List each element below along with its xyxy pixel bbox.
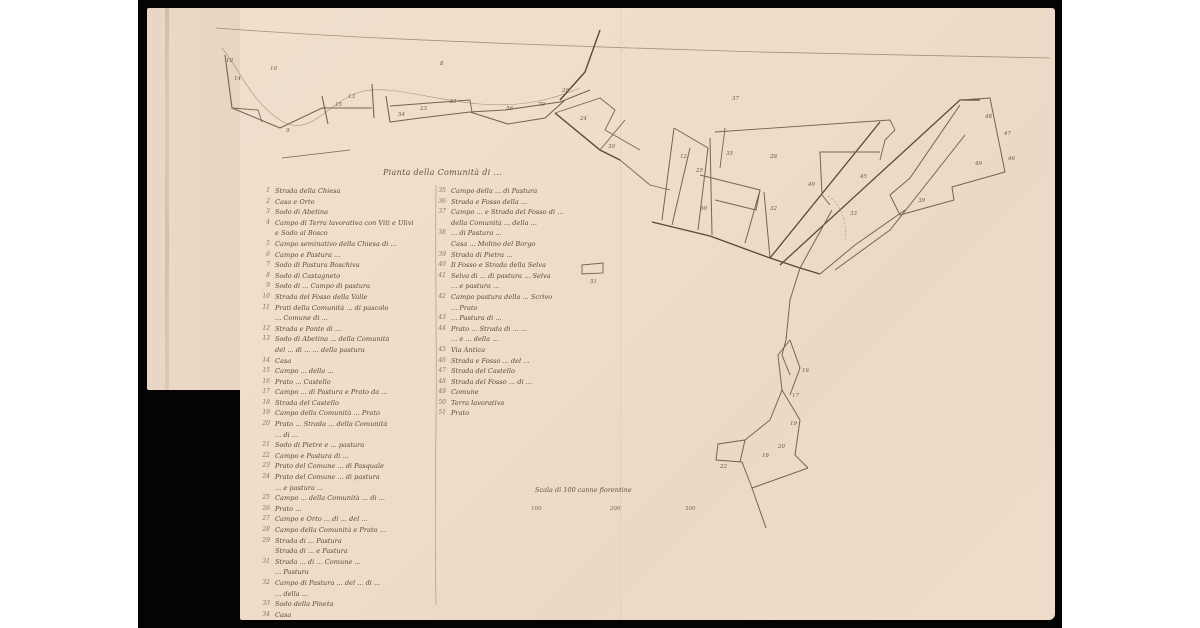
scale-tick: 300 <box>685 506 696 512</box>
legend-entry: 28Campo della Comunità e Prato ... <box>254 525 414 536</box>
legend-entry-number: 27 <box>254 514 275 525</box>
legend-entry: Strada di ... e Pastura <box>254 546 414 557</box>
legend-entry: 39Strada di Pietra ... <box>430 250 563 261</box>
legend-entry-text: Campo e Orto ... di ... del ... <box>275 514 368 525</box>
legend-entry-number <box>430 334 451 345</box>
legend-entry-number: 26 <box>254 504 275 515</box>
legend-entry-text: Strada ... di ... Comune ... <box>275 557 361 568</box>
legend-entry-number: 29 <box>254 536 275 547</box>
legend-entry: 45Via Antica <box>430 345 563 356</box>
legend-entry-text: Campo pastura della ... Scrivo <box>451 292 552 303</box>
legend-entry-number: 15 <box>254 366 275 377</box>
legend-entry-text: Sodo di ... Campo di pastura <box>275 281 370 292</box>
legend-entry-text: Comune <box>451 387 479 398</box>
legend-entry-text: Campo della Comunità e Prato ... <box>275 525 386 536</box>
legend-entry: ... e pastura ... <box>430 281 563 292</box>
legend-entry: ... Comune di ... <box>254 313 414 324</box>
legend-entry-text: Sodo di Abetina ... della Comunità <box>275 334 389 345</box>
legend-entry-number <box>254 430 275 441</box>
legend-entry-number <box>254 228 275 239</box>
legend-entry-text: Campo ... e Strada del Fosso di ... <box>451 207 563 218</box>
legend-entry-text: ... e ... della ... <box>451 334 498 345</box>
legend-entry-number: 32 <box>254 578 275 589</box>
legend-entry-text: Sodo della Pineta <box>275 599 333 610</box>
legend-entry-text: ... di Pastura ... <box>451 228 502 239</box>
legend-entry-text: Campo della ... di Pastura <box>451 186 537 197</box>
legend-entry: 49Comune <box>430 387 563 398</box>
legend-entry: 48Strada del Fosso ... di ... <box>430 377 563 388</box>
legend-entry: 22Campo e Pastura di ... <box>254 451 414 462</box>
legend-entry-number: 20 <box>254 419 275 430</box>
legend-entry-number: 34 <box>254 610 275 621</box>
legend-entry-text: Campo ... della Comunità ... di ... <box>275 493 385 504</box>
legend-entry-text: Strada di Pietra ... <box>451 250 513 261</box>
legend-entry: 2Casa e Orto <box>254 197 414 208</box>
legend-entry-text: Campo seminativo della Chiesa di ... <box>275 239 397 250</box>
legend-entry: 11Prati della Comunità ... di pascolo <box>254 303 414 314</box>
legend-entry-number: 42 <box>430 292 451 303</box>
legend-entry-text: Terra lavorativa <box>451 398 504 409</box>
scale-tick: 200 <box>610 506 621 512</box>
legend-entry-number: 12 <box>254 324 275 335</box>
legend-entry-number: 10 <box>254 292 275 303</box>
legend-entry-text: Strada del Castello <box>451 366 515 377</box>
legend-entry: 44Prato ... Strada di ... ... <box>430 324 563 335</box>
legend-entry-number <box>254 567 275 578</box>
legend-entry-number <box>254 313 275 324</box>
legend-entry: 10Strada del Fosso della Valle <box>254 292 414 303</box>
scale-tick: 100 <box>531 506 542 512</box>
legend-entry-text: Strada e Fosso della ... <box>451 197 527 208</box>
legend-entry-text: ... di ... <box>275 430 298 441</box>
legend-entry-text: ... Prato <box>451 303 478 314</box>
legend-entry: 26Prato ... <box>254 504 414 515</box>
legend-entry-text: Prato del Comune ... di Pasquale <box>275 461 384 472</box>
legend-entry-text: Campo e Pastura di ... <box>275 451 349 462</box>
legend-entry: 15Campo ... della ... <box>254 366 414 377</box>
legend-entry: e Sodo al Bosco <box>254 228 414 239</box>
legend-entry-text: Casa ... Molino del Borgo <box>451 239 536 250</box>
legend-entry-text: Strada della Chiesa <box>275 186 340 197</box>
legend-entry-text: Strada di ... e Pastura <box>275 546 348 557</box>
legend-entry: 37Campo ... e Strada del Fosso di ... <box>430 207 563 218</box>
legend-entry-number: 24 <box>254 472 275 483</box>
legend-entry: 1Strada della Chiesa <box>254 186 414 197</box>
legend-entry: 33Sodo della Pineta <box>254 599 414 610</box>
legend-entry-text: Strada del Fosso ... di ... <box>451 377 532 388</box>
legend-entry-text: Campo di Terra lavorativa con Viti e Uli… <box>275 218 414 229</box>
legend-entry-number: 22 <box>254 451 275 462</box>
legend-entry-number: 48 <box>430 377 451 388</box>
legend-entry: 6Campo e Pastura ... <box>254 250 414 261</box>
legend-entry-number: 19 <box>254 408 275 419</box>
legend-entry-text: Casa <box>275 356 291 367</box>
legend-entry-text: Sodo di Pietre e ... pastura <box>275 440 364 451</box>
legend-entry: 21Sodo di Pietre e ... pastura <box>254 440 414 451</box>
legend-entry-number: 23 <box>254 461 275 472</box>
legend-entry: ... Pastura <box>254 567 414 578</box>
legend-entry-number: 41 <box>430 271 451 282</box>
legend-entry-number: 43 <box>430 313 451 324</box>
legend-entry: ... e ... della ... <box>430 334 563 345</box>
legend-entry-number: 5 <box>254 239 275 250</box>
legend-entry-number: 49 <box>430 387 451 398</box>
legend-entry: 20Prato ... Strada ... della Comunità <box>254 419 414 430</box>
legend-entry-number: 11 <box>254 303 275 314</box>
legend-entry: 43... Pastura di ... <box>430 313 563 324</box>
legend-entry: 7Sodo di Pastura Boschiva <box>254 260 414 271</box>
legend-entry: 50Terra lavorativa <box>430 398 563 409</box>
legend-entry-text: della Comunità ... della ... <box>451 218 537 229</box>
legend-entry-number: 6 <box>254 250 275 261</box>
legend-entry-text: Casa e Orto <box>275 197 315 208</box>
legend-entry-number: 37 <box>430 207 451 218</box>
legend-entry: ... della ... <box>254 589 414 600</box>
legend-entry-text: Strada e Fosso ... del ... <box>451 356 530 367</box>
legend-entry: ... e pastura ... <box>254 483 414 494</box>
legend-entry-number: 50 <box>430 398 451 409</box>
legend-entry: della Comunità ... della ... <box>430 218 563 229</box>
legend-entry-number: 33 <box>254 599 275 610</box>
legend-column-a: 1Strada della Chiesa2Casa e Orto3Sodo di… <box>254 186 414 620</box>
legend-entry-number: 17 <box>254 387 275 398</box>
legend-entry: 14Casa <box>254 356 414 367</box>
legend-entry-text: Sodo di Castagneto <box>275 271 340 282</box>
legend-entry-text: Prato <box>451 408 469 419</box>
legend-entry: 27Campo e Orto ... di ... del ... <box>254 514 414 525</box>
legend-entry: 34Casa <box>254 610 414 621</box>
legend-entry: 16Prato ... Castello <box>254 377 414 388</box>
legend-entry: 24Prato del Comune ... di pastura <box>254 472 414 483</box>
legend-entry: Casa ... Molino del Borgo <box>430 239 563 250</box>
legend-entry-number: 28 <box>254 525 275 536</box>
legend-entry-number: 9 <box>254 281 275 292</box>
legend-entry-text: e Sodo al Bosco <box>275 228 328 239</box>
legend-entry: ... di ... <box>254 430 414 441</box>
legend-entry-number: 7 <box>254 260 275 271</box>
legend-entry-text: Prato del Comune ... di pastura <box>275 472 380 483</box>
legend-entry: del ... di ... ... della pastura <box>254 345 414 356</box>
legend-entry: 9Sodo di ... Campo di pastura <box>254 281 414 292</box>
legend-entry: 5Campo seminativo della Chiesa di ... <box>254 239 414 250</box>
legend-entry-number <box>254 546 275 557</box>
legend-entry: 29Strada di ... Pastura <box>254 536 414 547</box>
legend-entry-number: 36 <box>430 197 451 208</box>
legend-entry-text: Campo e Pastura ... <box>275 250 340 261</box>
legend-entry-text: Prati della Comunità ... di pascolo <box>275 303 388 314</box>
legend-entry: 4Campo di Terra lavorativa con Viti e Ul… <box>254 218 414 229</box>
legend-entry-text: Casa <box>275 610 291 621</box>
legend-entry-text: Prato ... Castello <box>275 377 331 388</box>
legend-entry-number: 35 <box>430 186 451 197</box>
legend-entry-text: Strada di ... Pastura <box>275 536 342 547</box>
legend-entry-text: Campo ... della ... <box>275 366 334 377</box>
legend-entry-number <box>254 345 275 356</box>
legend-entry-text: Campo della Comunità ... Prato <box>275 408 380 419</box>
legend-entry: ... Prato <box>430 303 563 314</box>
legend-entry: 19Campo della Comunità ... Prato <box>254 408 414 419</box>
legend-entry-text: Campo ... di Pastura e Prato da ... <box>275 387 388 398</box>
legend-entry-number <box>430 281 451 292</box>
legend-entry-number: 3 <box>254 207 275 218</box>
legend-entry: 47Strada del Castello <box>430 366 563 377</box>
legend-entry: 25Campo ... della Comunità ... di ... <box>254 493 414 504</box>
legend-entry-text: Prato ... Strada ... della Comunità <box>275 419 387 430</box>
legend-entry: 38... di Pastura ... <box>430 228 563 239</box>
legend-entry-number: 47 <box>430 366 451 377</box>
scale-label: Scala di 100 canne fiorentine <box>535 486 632 494</box>
legend-entry-text: Prato ... Strada di ... ... <box>451 324 527 335</box>
legend-entry-text: Sodo di Pastura Boschiva <box>275 260 360 271</box>
legend-entry-number: 2 <box>254 197 275 208</box>
legend-entry-number: 25 <box>254 493 275 504</box>
legend-entry-number <box>254 483 275 494</box>
legend-title: Pianta della Comunità di ... <box>383 168 502 177</box>
legend-entry-number: 16 <box>254 377 275 388</box>
legend-entry-number <box>430 239 451 250</box>
legend-entry-number: 8 <box>254 271 275 282</box>
legend-entry: 31Strada ... di ... Comune ... <box>254 557 414 568</box>
legend-entry-text: Sodo di Abetina <box>275 207 328 218</box>
legend-entry-number: 38 <box>430 228 451 239</box>
legend-entry: 8Sodo di Castagneto <box>254 271 414 282</box>
legend-entry-text: Il Fosso e Strada della Selva <box>451 260 546 271</box>
legend-entry-text: ... e pastura ... <box>451 281 499 292</box>
legend-entry: 18Strada del Castello <box>254 398 414 409</box>
legend-entry-number: 40 <box>430 260 451 271</box>
legend-entry-number <box>254 589 275 600</box>
legend-entry-number: 45 <box>430 345 451 356</box>
legend-entry: 3Sodo di Abetina <box>254 207 414 218</box>
legend-entry-text: Via Antica <box>451 345 485 356</box>
legend-entry: 36Strada e Fosso della ... <box>430 197 563 208</box>
legend-entry-number: 4 <box>254 218 275 229</box>
legend-entry-number: 18 <box>254 398 275 409</box>
legend-entry-number: 51 <box>430 408 451 419</box>
legend-entry-number: 46 <box>430 356 451 367</box>
legend-entry: 13Sodo di Abetina ... della Comunità <box>254 334 414 345</box>
legend-entry: 35Campo della ... di Pastura <box>430 186 563 197</box>
legend-entry-text: ... e pastura ... <box>275 483 323 494</box>
legend-entry-number: 21 <box>254 440 275 451</box>
legend-entry: 46Strada e Fosso ... del ... <box>430 356 563 367</box>
legend-entry: 41Selva di ... di pastura ... Selva <box>430 271 563 282</box>
legend-entry-number <box>430 218 451 229</box>
legend-entry: 40Il Fosso e Strada della Selva <box>430 260 563 271</box>
legend-entry: 17Campo ... di Pastura e Prato da ... <box>254 387 414 398</box>
legend-entry-number: 31 <box>254 557 275 568</box>
legend-entry-text: Selva di ... di pastura ... Selva <box>451 271 551 282</box>
legend-entry: 42Campo pastura della ... Scrivo <box>430 292 563 303</box>
legend-column-b: 35Campo della ... di Pastura36Strada e F… <box>430 186 563 419</box>
legend-entry-number: 14 <box>254 356 275 367</box>
legend-entry-text: ... della ... <box>275 589 308 600</box>
legend-entry: 23Prato del Comune ... di Pasquale <box>254 461 414 472</box>
legend-entry-text: Prato ... <box>275 504 302 515</box>
legend-entry-text: Strada del Castello <box>275 398 339 409</box>
legend-entry-number: 1 <box>254 186 275 197</box>
legend-entry-number: 39 <box>430 250 451 261</box>
legend-entry-text: Campo di Pastura ... del ... di ... <box>275 578 380 589</box>
fold-line <box>620 8 621 620</box>
legend-entry: 51Prato <box>430 408 563 419</box>
legend-entry-text: Strada e Ponte di ... <box>275 324 341 335</box>
legend-entry-number: 13 <box>254 334 275 345</box>
legend-entry-text: del ... di ... ... della pastura <box>275 345 365 356</box>
legend-entry-number: 44 <box>430 324 451 335</box>
legend-entry-text: ... Pastura di ... <box>451 313 502 324</box>
legend-entry-number <box>430 303 451 314</box>
legend-entry-text: ... Pastura <box>275 567 309 578</box>
legend-entry-text: ... Comune di ... <box>275 313 328 324</box>
legend-entry: 12Strada e Ponte di ... <box>254 324 414 335</box>
legend-entry-text: Strada del Fosso della Valle <box>275 292 367 303</box>
legend-entry: 32Campo di Pastura ... del ... di ... <box>254 578 414 589</box>
